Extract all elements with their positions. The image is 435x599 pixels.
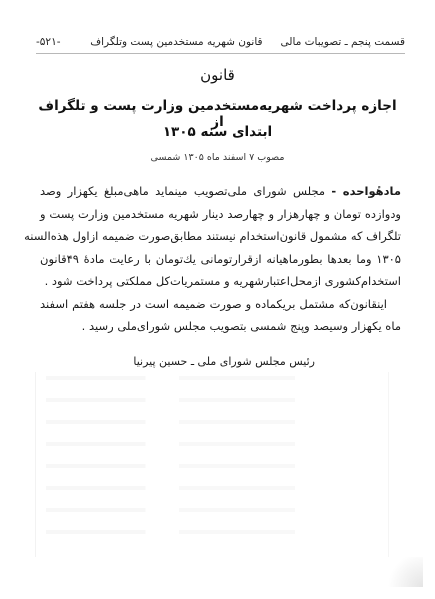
closing-line: ماه یکهزار وسیصد وپنج شمسی بتصویب مجلس ش… — [40, 315, 401, 338]
body-line: ۱۳۰۵ وما بعدها بطورماهیانه ازقرارتومانی … — [40, 248, 401, 271]
closing-line: اینقانون‌که مشتمل بریکماده و صورت ضمیمه … — [40, 293, 401, 316]
law-subtitle-line-2: ابتدای سنه ۱۳۰۵ — [30, 124, 405, 140]
document-page: قسمت پنجم ـ تصویبات مالی قانون شهریه مست… — [0, 0, 435, 599]
running-header: قسمت پنجم ـ تصویبات مالی قانون شهریه مست… — [36, 34, 405, 50]
law-body: مادهٔواحده - مجلس شورای ملی‌تصویب مینمای… — [40, 180, 401, 338]
body-line: تلگراف که مشمول قانون‌استخدام نیستند مطا… — [40, 225, 401, 248]
article-label: مادهٔواحده - — [331, 184, 401, 198]
header-divider — [36, 53, 405, 54]
scan-shadow — [383, 557, 423, 587]
page-number: -۵۲۱- — [36, 36, 61, 48]
reverse-page-show-through — [35, 372, 389, 557]
signature-line: رئیس مجلس شورای ملی ـ حسین پیرنیا — [133, 355, 315, 368]
section-title: قسمت پنجم ـ تصویبات مالی — [281, 36, 405, 48]
law-title: قانون — [0, 66, 435, 84]
approval-date: مصوب ۷ اسفند ماه ۱۳۰۵ شمسی — [0, 152, 435, 163]
body-line: استخدام‌کشوری ازمحل‌اعتبارشهریه و مستمری… — [40, 270, 401, 293]
running-title: قانون شهریه مستخدمین پست وتلگراف — [61, 36, 263, 48]
body-line: مادهٔواحده - مجلس شورای ملی‌تصویب مینمای… — [40, 180, 401, 203]
body-line: ودوازده تومان و چهارهزار و چهارصد دینار … — [40, 203, 401, 226]
